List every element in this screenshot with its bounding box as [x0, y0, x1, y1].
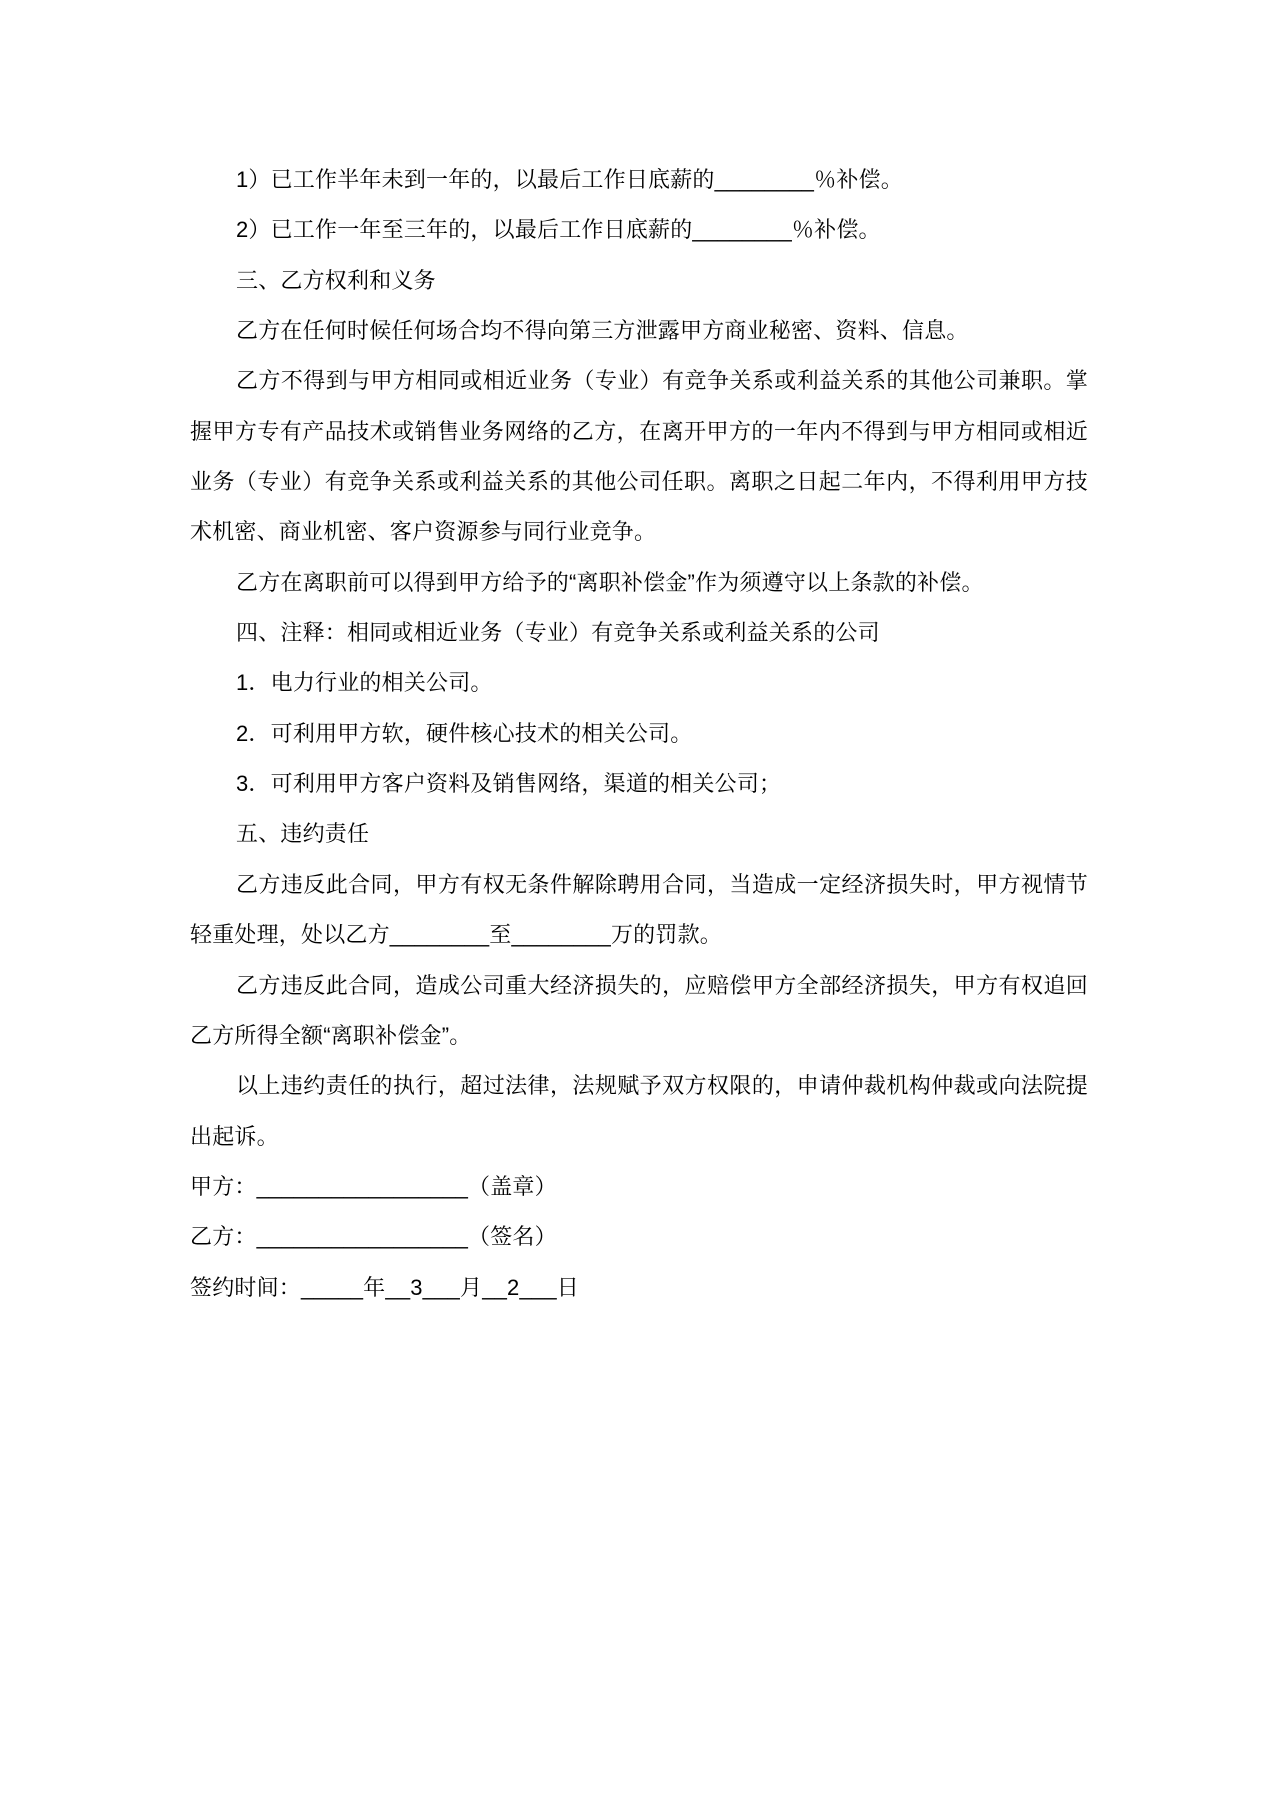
document-line: 1．电力行业的相关公司。 — [190, 658, 1088, 708]
document-line: 乙方在任何时候任何场合均不得向第三方泄露甲方商业秘密、资料、信息。 — [190, 306, 1088, 356]
document-line: 甲方：_________________（盖章） — [190, 1162, 1088, 1212]
document-line: 乙方不得到与甲方相同或相近业务（专业）有竞争关系或利益关系的其他公司兼职。掌 — [190, 356, 1088, 406]
document-line: 术机密、商业机密、客户资源参与同行业竞争。 — [190, 507, 1088, 557]
document-line: 乙方在离职前可以得到甲方给予的“离职补偿金”作为须遵守以上条款的补偿。 — [190, 558, 1088, 608]
contract-page: 1）已工作半年未到一年的，以最后工作日底薪的________％补偿。2）已工作一… — [0, 0, 1280, 1810]
document-line: 三、乙方权利和义务 — [190, 256, 1088, 306]
document-line: 签约时间：_____年__3___月__2___日 — [190, 1263, 1088, 1313]
document-line: 乙方违反此合同，甲方有权无条件解除聘用合同，当造成一定经济损失时，甲方视情节 — [190, 860, 1088, 910]
document-line: 以上违约责任的执行，超过法律，法规赋予双方权限的，申请仲裁机构仲裁或向法院提 — [190, 1061, 1088, 1111]
document-line: 业务（专业）有竞争关系或利益关系的其他公司任职。离职之日起二年内，不得利用甲方技 — [190, 457, 1088, 507]
document-line: 握甲方专有产品技术或销售业务网络的乙方，在离开甲方的一年内不得到与甲方相同或相近 — [190, 407, 1088, 457]
document-line: 乙方所得全额“离职补偿金”。 — [190, 1011, 1088, 1061]
document-line: 四、注释：相同或相近业务（专业）有竞争关系或利益关系的公司 — [190, 608, 1088, 658]
document-line: 2．可利用甲方软，硬件核心技术的相关公司。 — [190, 709, 1088, 759]
document-line: 2）已工作一年至三年的，以最后工作日底薪的________％补偿。 — [190, 205, 1088, 255]
document-line: 出起诉。 — [190, 1112, 1088, 1162]
contract-body: 1）已工作半年未到一年的，以最后工作日底薪的________％补偿。2）已工作一… — [190, 155, 1088, 1313]
document-line: 1）已工作半年未到一年的，以最后工作日底薪的________％补偿。 — [190, 155, 1088, 205]
document-line: 乙方：_________________（签名） — [190, 1212, 1088, 1262]
document-line: 乙方违反此合同，造成公司重大经济损失的，应赔偿甲方全部经济损失，甲方有权追回 — [190, 961, 1088, 1011]
document-line: 五、违约责任 — [190, 809, 1088, 859]
document-line: 3．可利用甲方客户资料及销售网络，渠道的相关公司； — [190, 759, 1088, 809]
document-line: 轻重处理，处以乙方________至________万的罚款。 — [190, 910, 1088, 960]
